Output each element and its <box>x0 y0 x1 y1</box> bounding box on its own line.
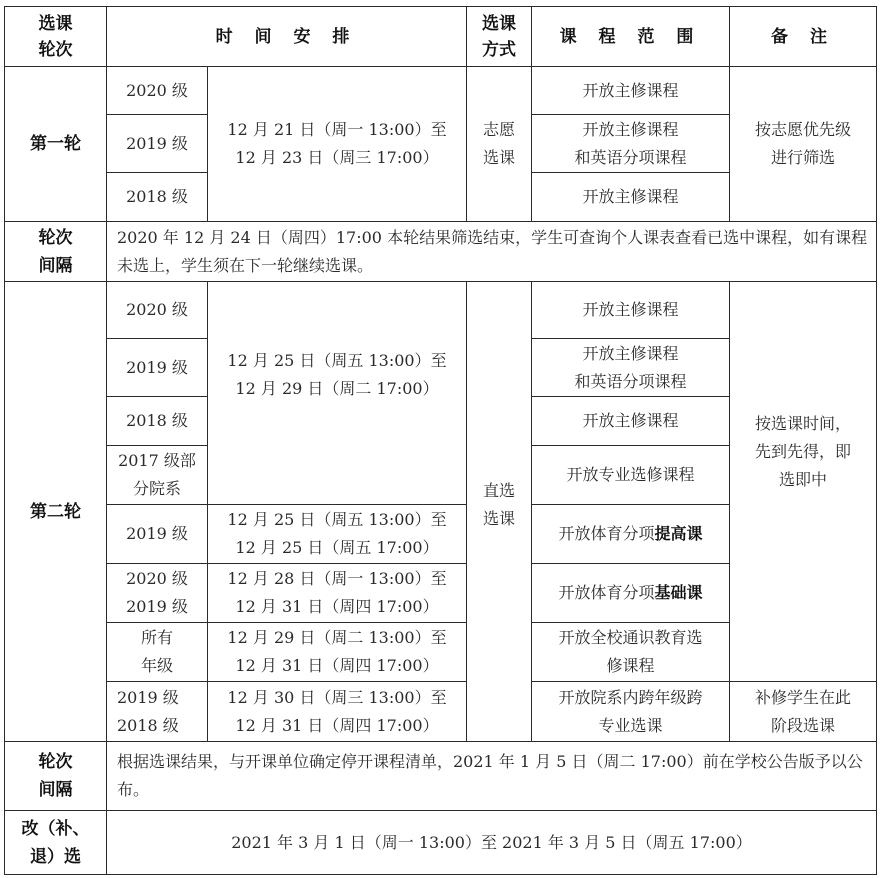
scope-cell: 开放全校通识教育选 修课程 <box>532 623 730 682</box>
gap-label-line: 间隔 <box>7 776 104 804</box>
time-cell: 12 月 21 日（周一 13:00）至 12 月 23 日（周三 17:00） <box>208 67 467 222</box>
grade-line: 2018 级 <box>117 712 205 740</box>
header-notes: 备 注 <box>730 7 877 67</box>
scope-cell: 开放院系内跨年级跨 专业选课 <box>532 682 730 742</box>
scope-cell: 开放主修课程 和英语分项课程 <box>532 339 730 397</box>
grade-line: 年级 <box>109 652 205 680</box>
course-selection-schedule-table: 选课 轮次 时 间 安 排 选课 方式 课 程 范 围 备 注 第一轮 2020… <box>4 6 877 875</box>
gap2-text: 根据选课结果，与开课单位确定停开课程清单，2021 年 1 月 5 日（周二 1… <box>107 742 877 811</box>
gap-label-line: 轮次 <box>7 748 104 776</box>
time-line: 12 月 31 日（周四 17:00） <box>210 712 464 740</box>
header-row: 选课 轮次 时 间 安 排 选课 方式 课 程 范 围 备 注 <box>5 7 877 67</box>
time-line: 12 月 23 日（周三 17:00） <box>210 144 464 172</box>
adjust-label: 改（补、 退）选 <box>5 811 107 875</box>
time-cell: 12 月 29 日（周二 13:00）至 12 月 31 日（周四 17:00） <box>208 623 467 682</box>
time-cell: 12 月 28 日（周一 13:00）至 12 月 31 日（周四 17:00） <box>208 564 467 623</box>
round1-label: 第一轮 <box>5 67 107 222</box>
grade-cell: 2020 级 <box>107 282 208 339</box>
time-line: 12 月 29 日（周二 17:00） <box>210 375 464 403</box>
time-line: 12 月 31 日（周四 17:00） <box>210 652 464 680</box>
header-method-line: 方式 <box>469 37 529 63</box>
round1-row: 第一轮 2020 级 12 月 21 日（周一 13:00）至 12 月 23 … <box>5 67 877 115</box>
notes-line: 按选课时间， <box>732 410 874 438</box>
header-method-line: 选课 <box>469 11 529 37</box>
time-cell: 12 月 30 日（周三 13:00）至 12 月 31 日（周四 17:00） <box>208 682 467 742</box>
scope-line: 专业选课 <box>534 712 727 740</box>
gap1-row: 轮次 间隔 2020 年 12 月 24 日（周四）17:00 本轮结果筛选结束… <box>5 222 877 282</box>
scope-line: 开放全校通识教育选 <box>534 624 727 652</box>
round2-row: 第二轮 2020 级 12 月 25 日（周五 13:00）至 12 月 29 … <box>5 282 877 339</box>
time-line: 12 月 28 日（周一 13:00）至 <box>210 565 464 593</box>
notes-cell: 按志愿优先级 进行筛选 <box>730 67 877 222</box>
round2-label: 第二轮 <box>5 282 107 742</box>
notes-cell: 按选课时间， 先到先得，即 选即中 <box>730 282 877 682</box>
method-cell: 志愿 选课 <box>467 67 532 222</box>
scope-emphasis: 基础课 <box>655 583 703 602</box>
scope-line: 开放主修课程 <box>534 340 727 368</box>
gap2-row: 轮次 间隔 根据选课结果，与开课单位确定停开课程清单，2021 年 1 月 5 … <box>5 742 877 811</box>
spacer <box>210 403 464 439</box>
grade-line: 2019 级 <box>109 593 205 621</box>
grade-cell: 2018 级 <box>107 397 208 446</box>
grade-line: 2017 级部 <box>109 447 205 475</box>
time-line: 12 月 30 日（周三 13:00）至 <box>210 684 464 712</box>
grade-cell: 2018 级 <box>107 173 208 222</box>
gap2-label: 轮次 间隔 <box>5 742 107 811</box>
spacer <box>469 533 529 547</box>
notes-line: 按志愿优先级 <box>732 116 874 144</box>
grade-cell: 2019 级 <box>107 505 208 564</box>
scope-cell: 开放主修课程 和英语分项课程 <box>532 115 730 173</box>
time-line: 12 月 25 日（周五 13:00）至 <box>210 347 464 375</box>
spacer <box>732 494 874 554</box>
round2-row: 2019 级 2018 级 12 月 30 日（周三 13:00）至 12 月 … <box>5 682 877 742</box>
notes-cell: 补修学生在此 阶段选课 <box>730 682 877 742</box>
adjust-text: 2021 年 3 月 1 日（周一 13:00）至 2021 年 3 月 5 日… <box>107 811 877 875</box>
grade-cell: 所有 年级 <box>107 623 208 682</box>
time-line: 12 月 29 日（周二 13:00）至 <box>210 624 464 652</box>
notes-line: 先到先得，即 <box>732 438 874 466</box>
time-line: 12 月 31 日（周四 17:00） <box>210 593 464 621</box>
scope-emphasis: 提高课 <box>655 524 703 543</box>
header-round-line: 选课 <box>7 11 104 37</box>
time-line: 12 月 25 日（周五 13:00）至 <box>210 506 464 534</box>
scope-line: 开放主修课程 <box>534 116 727 144</box>
scope-prefix: 开放体育分项 <box>559 524 655 543</box>
grade-line: 2019 级 <box>117 684 205 712</box>
adjust-label-line: 退）选 <box>7 843 104 871</box>
grade-line: 分院系 <box>109 475 205 503</box>
notes-line: 选即中 <box>732 466 874 494</box>
notes-line: 补修学生在此 <box>732 684 874 712</box>
grade-cell: 2020 级 <box>107 67 208 115</box>
grade-cell: 2020 级 2019 级 <box>107 564 208 623</box>
scope-line: 和英语分项课程 <box>534 368 727 396</box>
time-line: 12 月 25 日（周五 17:00） <box>210 534 464 562</box>
header-round-line: 轮次 <box>7 37 104 63</box>
scope-cell: 开放主修课程 <box>532 282 730 339</box>
grade-cell: 2017 级部 分院系 <box>107 446 208 505</box>
header-scope: 课 程 范 围 <box>532 7 730 67</box>
scope-cell: 开放主修课程 <box>532 67 730 115</box>
time-line: 12 月 21 日（周一 13:00）至 <box>210 116 464 144</box>
adjust-row: 改（补、 退）选 2021 年 3 月 1 日（周一 13:00）至 2021 … <box>5 811 877 875</box>
gap-label-line: 轮次 <box>7 224 104 252</box>
gap-label-line: 间隔 <box>7 252 104 280</box>
notes-line: 进行筛选 <box>732 144 874 172</box>
method-line: 志愿 <box>469 116 529 144</box>
method-line: 直选 <box>469 477 529 505</box>
time-cell: 12 月 25 日（周五 13:00）至 12 月 25 日（周五 17:00） <box>208 505 467 564</box>
header-method: 选课 方式 <box>467 7 532 67</box>
gap1-label: 轮次 间隔 <box>5 222 107 282</box>
grade-line: 所有 <box>109 624 205 652</box>
scope-cell: 开放专业选修课程 <box>532 446 730 505</box>
scope-line: 和英语分项课程 <box>534 144 727 172</box>
gap1-text: 2020 年 12 月 24 日（周四）17:00 本轮结果筛选结束，学生可查询… <box>107 222 877 282</box>
method-line: 选课 <box>469 144 529 172</box>
scope-cell: 开放主修课程 <box>532 173 730 222</box>
scope-prefix: 开放体育分项 <box>559 583 655 602</box>
header-schedule: 时 间 安 排 <box>107 7 467 67</box>
grade-cell: 2019 级 <box>107 339 208 397</box>
header-round: 选课 轮次 <box>5 7 107 67</box>
notes-line: 阶段选课 <box>732 712 874 740</box>
scope-cell: 开放主修课程 <box>532 397 730 446</box>
scope-cell: 开放体育分项提高课 <box>532 505 730 564</box>
grade-line: 2020 级 <box>109 565 205 593</box>
method-cell: 直选 选课 <box>467 282 532 742</box>
grade-cell: 2019 级 2018 级 <box>107 682 208 742</box>
adjust-label-line: 改（补、 <box>7 815 104 843</box>
method-line: 选课 <box>469 505 529 533</box>
grade-cell: 2019 级 <box>107 115 208 173</box>
time-cell: 12 月 25 日（周五 13:00）至 12 月 29 日（周二 17:00） <box>208 282 467 505</box>
scope-line: 修课程 <box>534 652 727 680</box>
scope-cell: 开放体育分项基础课 <box>532 564 730 623</box>
scope-line: 开放院系内跨年级跨 <box>534 684 727 712</box>
